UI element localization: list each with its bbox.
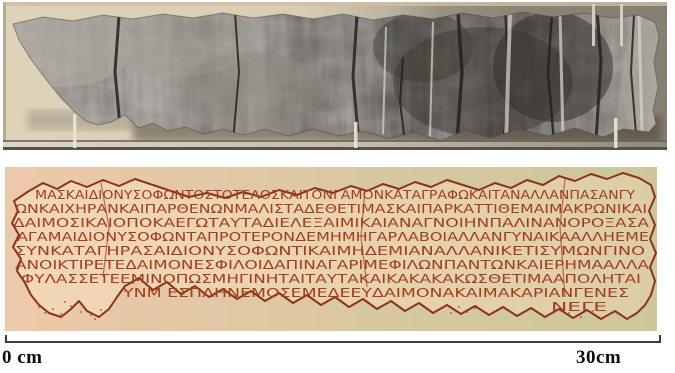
inscription-line: ΩΝΚΑΙΧΗΡΑΝΚΑΙΠΑΡΘΕΝΩΝΜΑΛΙΣΤΑΔΕΘΕΤΙΜΑΣΚΑΙ… bbox=[15, 201, 647, 216]
figure-pella-tablet: ΜΑΣΚΑΙΔΙΟΝΥΣΟΦΩΝΤΟΣΤΟΤΕΛΟΣΚΑΙΤΟΝΓΑΜΟΝΚΑΤ… bbox=[0, 0, 675, 373]
inscription-line: ΔΑΙΜΟΣΙΚΑΙΟΠΟΚΑΕΓΩΤΑΥΤΑΔΙΕΛΕΞΑΙΜΙΚΑΙΑΝΑΓ… bbox=[13, 215, 650, 230]
inscription-line: ΣΥΝΚΑΤΑΓΗΡΑΣΑΙΔΙΟΝΥΣΟΦΩΝΤΙΚΑΙΜΗΔΕΜΙΑΝΑΛΛ… bbox=[15, 243, 645, 258]
facsimile-svg: ΜΑΣΚΑΙΔΙΟΝΥΣΟΦΩΝΤΟΣΤΟΤΕΛΟΣΚΑΙΤΟΝΓΑΜΟΝΚΑΤ… bbox=[5, 167, 657, 331]
case-frame-left bbox=[3, 2, 6, 150]
shelf-front bbox=[3, 147, 667, 150]
inscription-line: ΑΝΟΙΚΤΙΡΕΤΕΔΑΙΜΟΝΕΣΦΙΛΟΙΔΑΠΙΝΑΓΑΡΙΜΕΦΙΛΩ… bbox=[15, 257, 650, 272]
artifact-photo bbox=[3, 2, 667, 150]
case-frame-top bbox=[3, 2, 667, 6]
facsimile-drawing: ΜΑΣΚΑΙΔΙΟΝΥΣΟΦΩΝΤΟΣΤΟΤΕΛΟΣΚΑΙΤΟΝΓΑΜΟΝΚΑΤ… bbox=[5, 167, 657, 331]
inscription-line: ΑΓΑΜΑΙΔΙΟΝΥΣΟΦΩΝΤΑΠΡΟΤΕΡΟΝΔΕΜΗΜΗΓΑΡΛΑΒΟΙ… bbox=[17, 229, 649, 244]
scale-bar bbox=[5, 335, 661, 343]
artifact-photo-svg bbox=[3, 2, 667, 150]
scale-label-right: 30cm bbox=[576, 347, 621, 369]
inscription-line: ΦΥΛΑΣΣΕΤΕΕΜΙΝΟΠΩΣΜΗΓΙΝΗΤΑΙΤΑΥΤΑΚΑΙΚΑΚΑΚΑ… bbox=[21, 271, 641, 286]
shelf-rail bbox=[3, 142, 667, 147]
inscription-line: ΜΑΣΚΑΙΔΙΟΝΥΣΟΦΩΝΤΟΣΤΟΤΕΛΟΣΚΑΙΤΟΝΓΑΜΟΝΚΑΤ… bbox=[35, 187, 635, 202]
inscription-line: ΥΝΜ ΕΣΠΛΗΝΕΜΟΣΕΜΕΔΕΕΥΔΑΙΜΟΝΑΚΑΙΜΑΚΑΡΙΑΝΓ… bbox=[122, 285, 630, 300]
scale-label-left: 0 cm bbox=[2, 347, 43, 369]
shelf-edge-line bbox=[3, 140, 667, 142]
inscription-line: ΝΕΓΕ bbox=[551, 299, 607, 314]
